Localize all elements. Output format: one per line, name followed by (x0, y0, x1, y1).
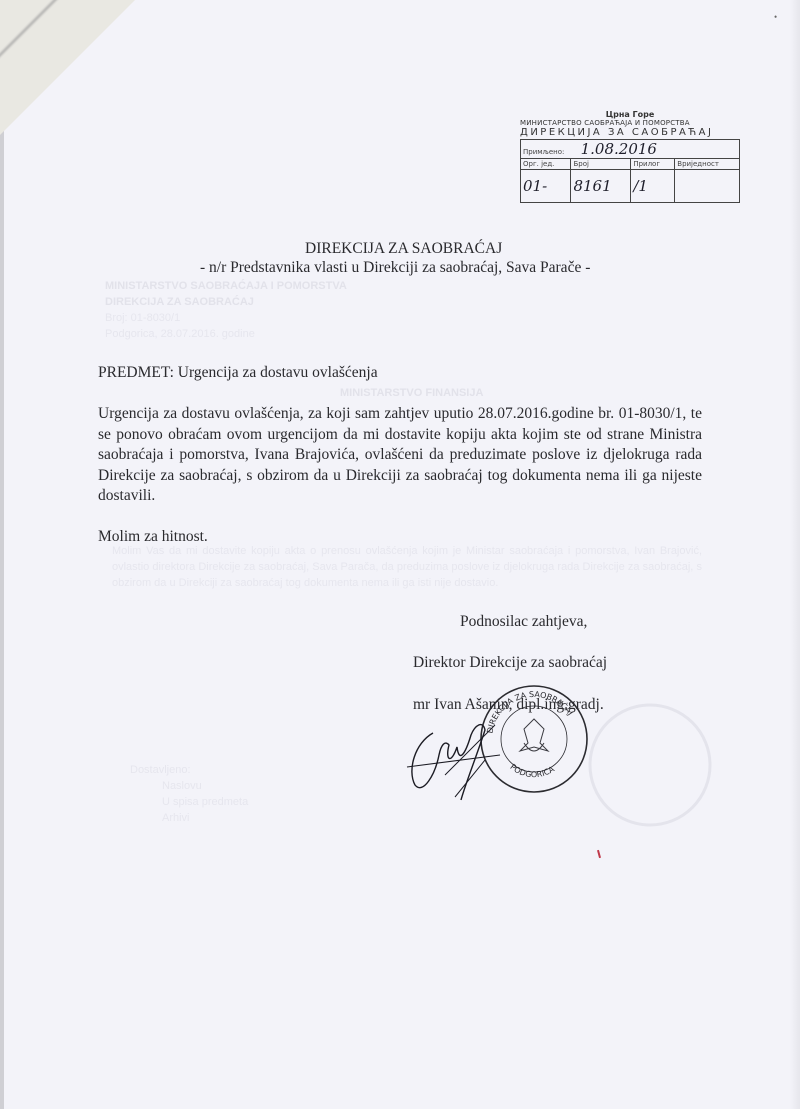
stamp-attachment-value: /1 (631, 170, 675, 203)
stamp-col-unit: Орг. јед. (521, 159, 571, 170)
scan-speck: • (774, 12, 777, 22)
subject-line: PREDMET: Urgencija za dostavu ovlašćenja (98, 364, 378, 382)
bleed-through-distribution: Dostavljeno: Naslovu U spisa predmeta Ar… (130, 762, 248, 826)
signatory-title: Direktor Direkcije za saobraćaj (413, 654, 607, 672)
closing-line: Molim za hitnost. (98, 528, 208, 546)
handwritten-signature (405, 715, 515, 805)
bleed-through-recipient: MINISTARSTVO FINANSIJA (340, 385, 483, 401)
stamp-number-value: 8161 (571, 170, 631, 203)
recipient-heading: DIREKCIJA ZA SAOBRAĆAJ (305, 240, 502, 258)
signature-label: Podnosilac zahtjeva, (460, 613, 587, 631)
red-pen-mark (597, 850, 601, 858)
reception-stamp: Црна Горе МИНИСТАРСТВО САОБРАЋАЈА И ПОМО… (520, 110, 740, 203)
scanned-page: • MINISTARSTVO SAOBRAĆAJA I POMORSTVA DI… (0, 0, 800, 1109)
svg-text:PODGORICA: PODGORICA (508, 762, 556, 779)
scan-edge (0, 0, 4, 1109)
stamp-col-number: Број (571, 159, 631, 170)
attention-line: - n/r Predstavnika vlasti u Direkciji za… (200, 259, 590, 277)
stamp-table: Примљено: 1.08.2016 Орг. јед. Број Прило… (520, 139, 740, 203)
stamp-col-attachment: Прилог (631, 159, 675, 170)
received-date: 1.08.2016 (581, 140, 657, 158)
received-row: Примљено: 1.08.2016 (521, 140, 740, 159)
bleed-through-seal (580, 700, 720, 830)
scan-edge-right (790, 0, 800, 1109)
letter-body: Urgencija za dostavu ovlašćenja, za koji… (98, 404, 702, 507)
stamp-value-value (675, 170, 740, 203)
bleed-through-body: Molim Vas da mi dostavite kopiju akta o … (112, 543, 702, 591)
bleed-through-header: MINISTARSTVO SAOBRAĆAJA I POMORSTVA DIRE… (105, 278, 347, 342)
stamp-unit-value: 01- (521, 170, 571, 203)
stamp-col-value: Вриједност (675, 159, 740, 170)
folded-corner (0, 0, 135, 135)
